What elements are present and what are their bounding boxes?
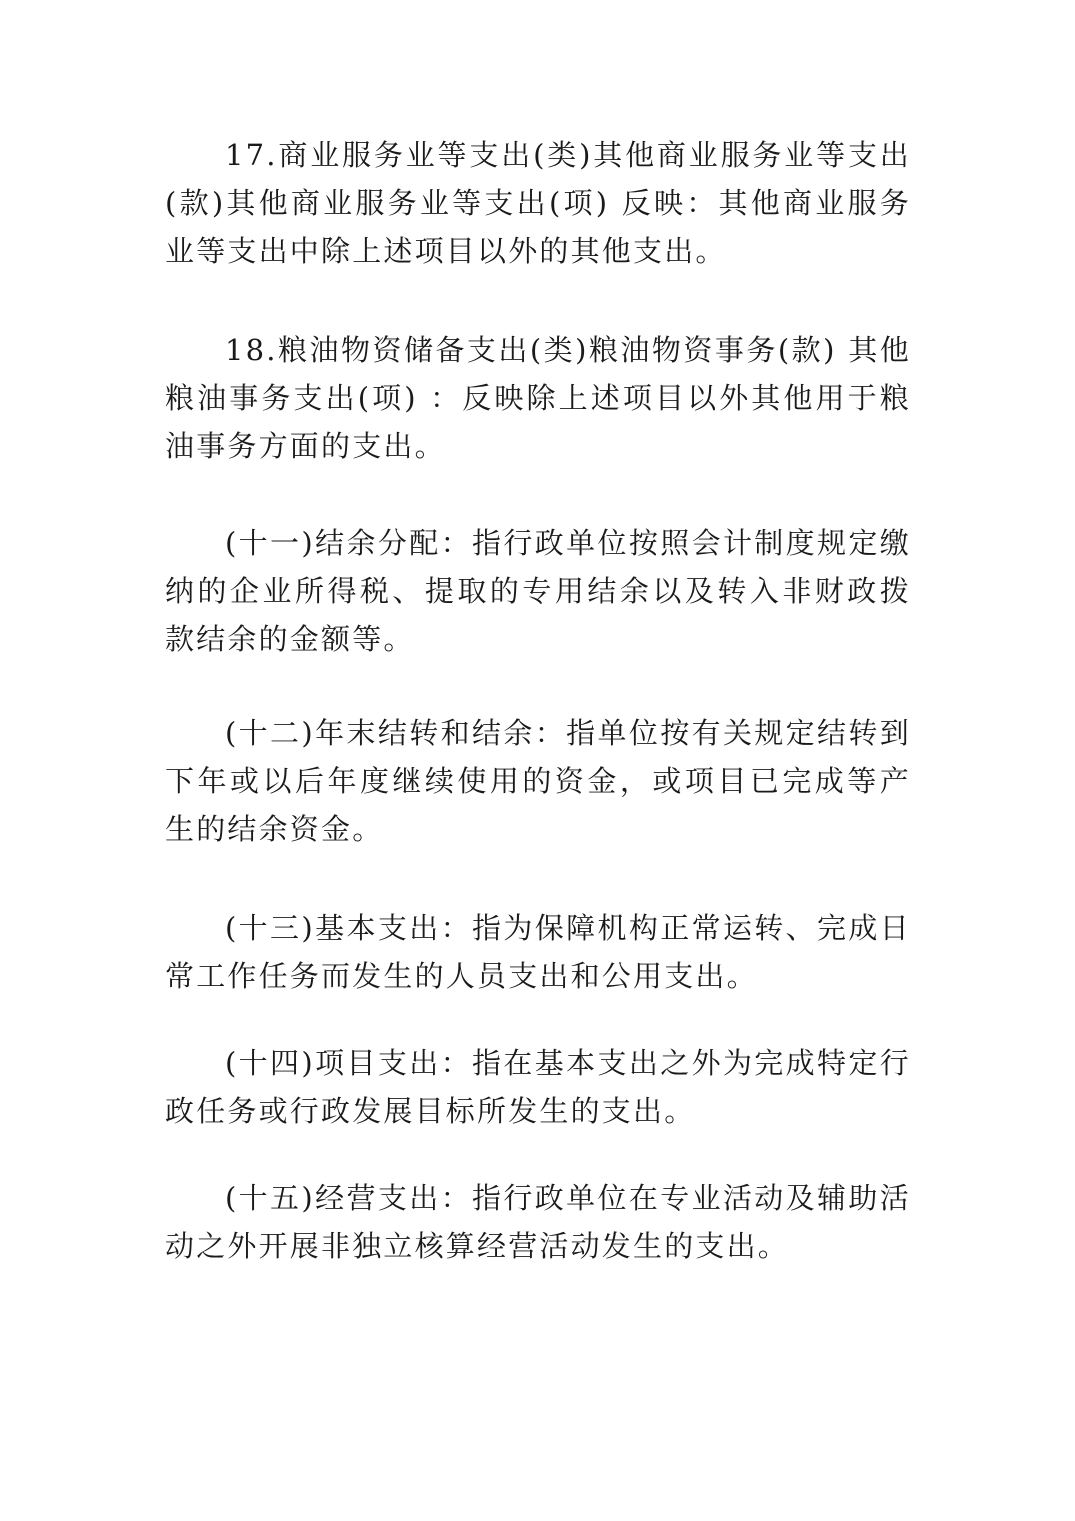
paragraph-section-13: (十三)基本支出：指为保障机构正常运转、完成日常工作任务而发生的人员支出和公用支… xyxy=(165,904,911,1000)
paragraph-section-15: (十五)经营支出：指行政单位在专业活动及辅助活动之外开展非独立核算经营活动发生的… xyxy=(165,1174,911,1270)
paragraph-section-14: (十四)项目支出：指在基本支出之外为完成特定行政任务或行政发展目标所发生的支出。 xyxy=(165,1039,911,1135)
paragraph-section-12: (十二)年末结转和结余：指单位按有关规定结转到下年或以后年度继续使用的资金，或项… xyxy=(165,709,911,853)
paragraph-item-17: 17.商业服务业等支出(类)其他商业服务业等支出(款)其他商业服务业等支出(项)… xyxy=(165,131,911,275)
document-page: 17.商业服务业等支出(类)其他商业服务业等支出(款)其他商业服务业等支出(项)… xyxy=(0,0,1075,1521)
paragraph-item-18: 18.粮油物资储备支出(类)粮油物资事务(款) 其他粮油事务支出(项) ：反映除… xyxy=(165,326,911,470)
paragraph-section-11: (十一)结余分配：指行政单位按照会计制度规定缴纳的企业所得税、提取的专用结余以及… xyxy=(165,519,911,663)
